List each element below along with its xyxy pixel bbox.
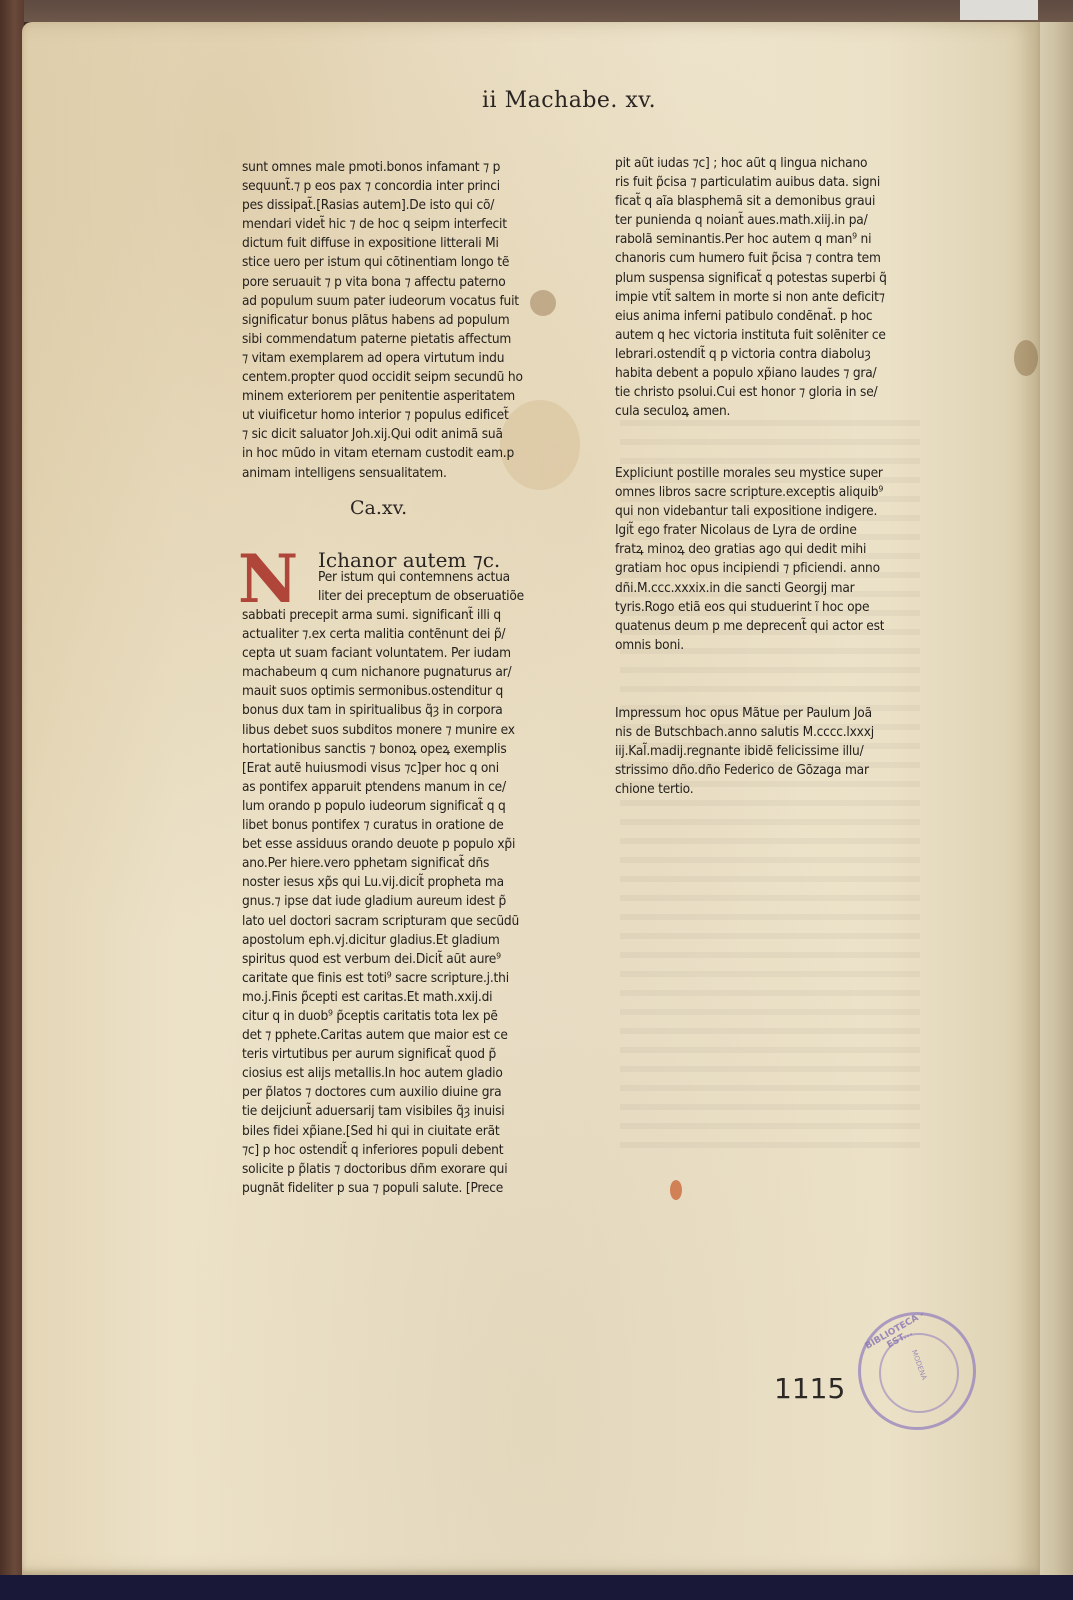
text-line: Impressum hoc opus Mãtue per Paulum Joã (615, 704, 874, 723)
text-line: nis de Butschbach.anno salutis M.cccc.lx… (615, 723, 874, 742)
text-line: fratꝝ minoꝝ deo gratias ago qui dedit mi… (615, 540, 884, 559)
text-line: lum orando p populo iudeorum significat̃… (242, 797, 519, 816)
text-line: qui non videbantur tali expositione indi… (615, 502, 884, 521)
text-line: pit aũt iudas ⁊c] ; hoc aũt q lingua nic… (615, 154, 935, 173)
text-line: ficat̃ q aĩa blasphemã sit a demonibus g… (615, 192, 935, 211)
text-line: libus debet suos subditos monere ⁊ munir… (242, 721, 519, 740)
text-line: sibi commendatum paterne pietatis affect… (242, 330, 554, 349)
text-line: habita debent a populo xp̃iano laudes ⁊ … (615, 364, 935, 383)
text-line: centem.propter quod occidit seipm secund… (242, 368, 554, 387)
text-line: significatur bonus plãtus habens ad popu… (242, 311, 554, 330)
left-column-top: sunt omnes male pmoti.bonos infamant ⁊ p… (242, 158, 554, 483)
text-line: iij.Kal̃.madij.regnante ibidẽ felicissim… (615, 742, 874, 761)
text-line: ter punienda q noiant̃ aues.math.xiij.in… (615, 211, 935, 230)
text-line: rabolã seminantis.Per hoc autem q man⁹ n… (615, 230, 935, 249)
text-line: gnus.⁊ ipse dat iude gladium aureum ides… (242, 892, 519, 911)
library-stamp: BIBLIOTECA - EST... MODENA (858, 1312, 976, 1430)
text-line: teris virtutibus per aurum significat̃ q… (242, 1045, 519, 1064)
text-line: caritate que finis est toti⁹ sacre scrip… (242, 969, 519, 988)
text-line: liter dei preceptum de obseruatiõe (242, 587, 524, 606)
binding-edge (0, 0, 24, 1600)
text-line: omnes libros sacre scripture.exceptis al… (615, 483, 884, 502)
text-line: biles fidei xp̃iane.[Sed hi qui in ciuit… (242, 1122, 519, 1141)
text-line: ciosius est alijs metallis.In hoc autem … (242, 1064, 519, 1083)
stain (1014, 340, 1038, 376)
text-line: det ⁊ pphete.Caritas autem que maior est… (242, 1026, 519, 1045)
text-line: mendari videt̃ hic ⁊ de hoc q seipm inte… (242, 215, 554, 234)
text-line: cula seculoꝝ amen. (615, 402, 935, 421)
text-line: actualiter ⁊.ex certa malitia contẽnunt … (242, 625, 519, 644)
text-line: mauit suos optimis sermonibus.ostenditur… (242, 682, 519, 701)
colophon-block: Impressum hoc opus Mãtue per Paulum Joã … (615, 704, 874, 799)
text-line: sequunt̃.⁊ p eos pax ⁊ concordia inter p… (242, 177, 554, 196)
text-line: ad populum suum pater iudeorum vocatus f… (242, 292, 554, 311)
text-line: pugnãt fideliter p sua ⁊ populi salute. … (242, 1179, 519, 1198)
text-line: tie deijciunt̃ aduersarij tam visibiles … (242, 1102, 519, 1121)
bottom-edge (0, 1575, 1073, 1600)
text-line: eius anima inferni patibulo condẽnat̃. p… (615, 307, 935, 326)
left-column-body: sabbati precepit arma sumi. significant̃… (242, 606, 519, 1198)
text-line: Per istum qui contemnens actua (242, 568, 524, 587)
text-line: mo.j.Finis p̃cepti est caritas.Et math.x… (242, 988, 519, 1007)
text-line: gratiam hoc opus incipiendi ⁊ pficiendi.… (615, 559, 884, 578)
page-gutter-shadow (1035, 22, 1073, 1575)
text-line: spiritus quod est verbum dei.Dicit̃ aũt … (242, 950, 519, 969)
backing-paper (960, 0, 1038, 20)
text-line: chanoris cum humero fuit p̃cisa ⁊ contra… (615, 249, 935, 268)
stain (670, 1180, 682, 1200)
text-line: per p̃latos ⁊ doctores cum auxilio diuin… (242, 1083, 519, 1102)
left-column-indented: Per istum qui contemnens actua liter dei… (242, 568, 524, 606)
text-line: lato uel doctori sacram scripturam que s… (242, 912, 519, 931)
text-line: Igit̃ ego frater Nicolaus de Lyra de ord… (615, 521, 884, 540)
text-line: plum suspensa significat̃ q potestas sup… (615, 269, 935, 288)
text-line: autem q hec victoria instituta fuit solẽ… (615, 326, 935, 345)
text-line: libet bonus pontifex ⁊ curatus in oratio… (242, 816, 519, 835)
text-line: citur q in duob⁹ p̃ceptis caritatis tota… (242, 1007, 519, 1026)
running-header: ii Machabe. xv. (482, 88, 656, 113)
text-line: tie christo psolui.Cui est honor ⁊ glori… (615, 383, 935, 402)
text-line: impie vtit̃ saltem in morte si non ante … (615, 288, 935, 307)
text-line: pore seruauit ⁊ p vita bona ⁊ affectu pa… (242, 273, 554, 292)
chapter-heading: Ca.xv. (350, 497, 407, 519)
text-line: ris fuit p̃cisa ⁊ particulatim auibus da… (615, 173, 935, 192)
top-edge (0, 0, 1073, 22)
text-line: pes dissipat̃.[Rasias autem].De isto qui… (242, 196, 554, 215)
text-line: solicite p p̃latis ⁊ doctoribus dñm exor… (242, 1160, 519, 1179)
text-line: Expliciunt postille morales seu mystice … (615, 464, 884, 483)
right-column-top: pit aũt iudas ⁊c] ; hoc aũt q lingua nic… (615, 154, 935, 421)
text-line: strissimo dño.dño Federico de Gõzaga mar (615, 761, 874, 780)
text-line: ⁊c] p hoc ostendit̃ q inferiores populi … (242, 1141, 519, 1160)
text-line: quatenus deum p me deprecent̃ qui actor … (615, 617, 884, 636)
text-line: tyris.Rogo etiã eos qui studuerint ĩ hoc… (615, 598, 884, 617)
text-line: lebrari.ostendit̃ q p victoria contra di… (615, 345, 935, 364)
text-line: ut viuificetur homo interior ⁊ populus e… (242, 406, 554, 425)
text-line: bonus dux tam in spiritualibus q̃ȝ in co… (242, 701, 519, 720)
text-line: in hoc mũdo in vitam eternam custodit ea… (242, 444, 554, 463)
text-line: stice uero per istum qui cõtinentiam lon… (242, 253, 554, 272)
text-line: dictum fuit diffuse in expositione litte… (242, 234, 554, 253)
text-line: as pontifex apparuit ptendens manum in c… (242, 778, 519, 797)
text-line: ano.Per hiere.vero pphetam significat̃ d… (242, 854, 519, 873)
text-line: ⁊ vitam exemplarem ad opera virtutum ind… (242, 349, 554, 368)
text-line: minem exteriorem per penitentie asperita… (242, 387, 554, 406)
text-line: hortationibus sanctis ⁊ bonoꝝ opeꝝ exemp… (242, 740, 519, 759)
text-line: dñi.M.ccc.xxxix.in die sancti Georgij ma… (615, 579, 884, 598)
text-line: machabeum q cum nichanore pugnaturus ar/ (242, 663, 519, 682)
text-line: noster iesus xp̃s qui Lu.vij.dicit̃ prop… (242, 873, 519, 892)
text-line: chione tertio. (615, 780, 874, 799)
text-line: [Erat autẽ huiusmodi visus ⁊c]per hoc q … (242, 759, 519, 778)
text-line: ⁊ sic dicit saluator Joh.xij.Qui odit an… (242, 425, 554, 444)
text-line: omnis boni. (615, 636, 884, 655)
text-line: cepta ut suam faciant voluntatem. Per iu… (242, 644, 519, 663)
text-line: animam intelligens sensualitatem. (242, 464, 554, 483)
folio-number: 1115 (774, 1372, 845, 1405)
text-line: sunt omnes male pmoti.bonos infamant ⁊ p (242, 158, 554, 177)
text-line: apostolum eph.vj.dicitur gladius.Et glad… (242, 931, 519, 950)
explicit-block: Expliciunt postille morales seu mystice … (615, 464, 884, 655)
text-line: bet esse assiduus orando deuote p populo… (242, 835, 519, 854)
text-line: sabbati precepit arma sumi. significant̃… (242, 606, 519, 625)
